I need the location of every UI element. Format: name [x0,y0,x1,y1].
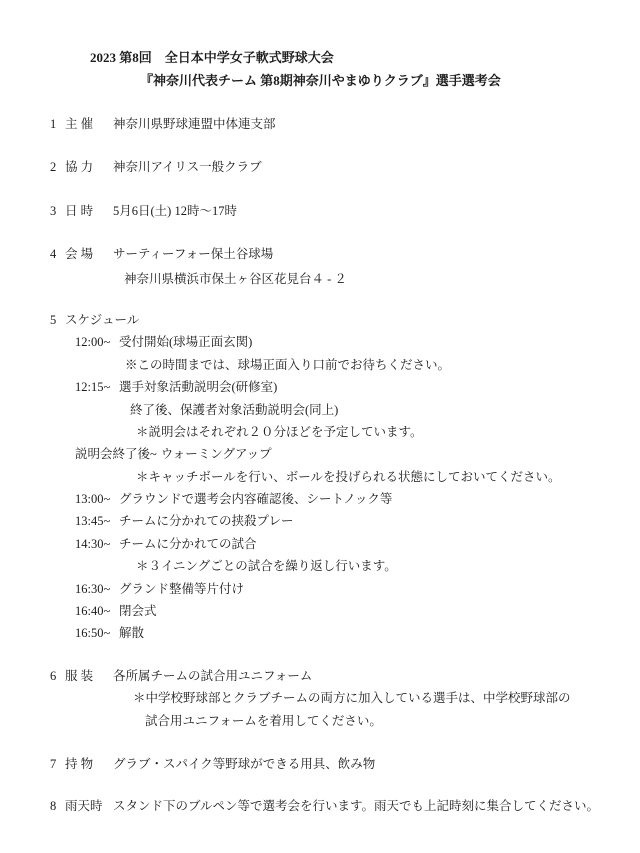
item-text: 神奈川アイリス一般クラブ [113,160,262,174]
document-subtitle: 『神奈川代表チーム 第8期神奈川やまゆりクラブ』選手選考会 [140,72,501,89]
document-title: 2023 第8回 全日本中学女子軟式野球大会 [90,49,334,66]
item-number: 3 [50,203,65,220]
schedule-row: 説明会終了後~ウォーミングアップ [75,446,272,463]
item-text: 5月6日(土) 12時～17時 [113,204,237,218]
schedule-row: 13:00~グラウンドで選考会内容確認後、シートノック等 [75,491,392,508]
schedule-text: チームに分かれての試合 [119,537,257,551]
item-label: 雨天時 [65,798,113,815]
schedule-text: チームに分かれての挟殺プレー [119,514,294,528]
item-number: 2 [50,159,65,176]
item-text: 神奈川県野球連盟中体連支部 [113,117,276,131]
item-label: 日 時 [65,203,113,220]
item-schedule-header: 5スケジュール [50,312,139,329]
schedule-text: グランド整備等片付け [119,582,244,596]
schedule-time: 12:15~ [75,379,115,396]
schedule-text: グラウンドで選考会内容確認後、シートノック等 [119,492,392,506]
document-page: 2023 第8回 全日本中学女子軟式野球大会 『神奈川代表チーム 第8期神奈川や… [0,0,640,853]
item-datetime: 3日 時5月6日(土) 12時～17時 [50,203,237,220]
schedule-note: ＊キャッチボールを行い、ボールを投げられる状態にしておいてください。 [136,469,561,486]
item-label: 服 装 [65,668,113,685]
item-number: 1 [50,116,65,133]
schedule-text: 受付開始(球場正面玄関) [119,335,252,349]
schedule-note: ＊説明会はそれぞれ２０分ほどを予定しています。 [136,424,423,441]
schedule-row: 13:45~チームに分かれての挟殺プレー [75,513,294,530]
item-dress: 6服 装各所属チームの試合用ユニフォーム [50,668,312,685]
schedule-time: 13:00~ [75,491,115,508]
item-number: 6 [50,668,65,685]
schedule-note: ※この時間までは、球場正面入り口前でお待ちください。 [125,357,450,374]
item-label: 主 催 [65,116,113,133]
schedule-text: 選手対象活動説明会(研修室) [119,380,277,394]
item-text: 各所属チームの試合用ユニフォーム [113,669,312,683]
schedule-note: 終了後、保護者対象活動説明会(同上) [130,402,338,419]
schedule-time: 16:30~ [75,581,115,598]
item-number: 4 [50,246,65,263]
schedule-row: 12:00~受付開始(球場正面玄関) [75,334,252,351]
schedule-time: 13:45~ [75,513,115,530]
item-label: スケジュール [65,313,139,327]
venue-address: 神奈川県横浜市保土ヶ谷区花見台４ - ２ [124,271,347,288]
schedule-row: 16:30~グランド整備等片付け [75,581,244,598]
item-text: グラブ・スパイク等野球ができる用具、飲み物 [113,757,375,771]
schedule-row: 16:40~閉会式 [75,603,157,620]
schedule-row: 16:50~解散 [75,625,144,642]
schedule-note: ＊３イニングごとの試合を繰り返し行います。 [136,558,397,575]
schedule-time: 説明会終了後~ [75,446,157,463]
item-number: 8 [50,798,65,815]
item-label: 協 力 [65,159,113,176]
item-number: 7 [50,756,65,773]
schedule-row: 14:30~チームに分かれての試合 [75,536,257,553]
item-text: サーティーフォー保土谷球場 [113,247,273,261]
schedule-row: 12:15~選手対象活動説明会(研修室) [75,379,277,396]
schedule-time: 16:50~ [75,625,115,642]
dress-note-line2: 試合用ユニフォームを着用してください。 [145,713,382,730]
schedule-text: 解散 [119,626,144,640]
item-cooperation: 2協 力神奈川アイリス一般クラブ [50,159,262,176]
item-label: 持 物 [65,756,113,773]
item-text: スタンド下のブルペン等で選考会を行います。雨天でも上記時刻に集合してください。 [113,799,599,813]
dress-note-line1: ＊中学校野球部とクラブチームの両方に加入している選手は、中学校野球部の [133,690,571,707]
schedule-time: 12:00~ [75,334,115,351]
item-organizer: 1主 催神奈川県野球連盟中体連支部 [50,116,276,133]
item-number: 5 [50,312,65,329]
item-label: 会 場 [65,246,113,263]
item-rainy: 8雨天時スタンド下のブルペン等で選考会を行います。雨天でも上記時刻に集合してくだ… [50,798,599,815]
schedule-text: 閉会式 [119,604,157,618]
item-belongings: 7持 物グラブ・スパイク等野球ができる用具、飲み物 [50,756,375,773]
item-venue: 4会 場サーティーフォー保土谷球場 [50,246,273,263]
schedule-time: 14:30~ [75,536,115,553]
schedule-time: 16:40~ [75,603,115,620]
schedule-text: ウォーミングアップ [161,447,272,461]
